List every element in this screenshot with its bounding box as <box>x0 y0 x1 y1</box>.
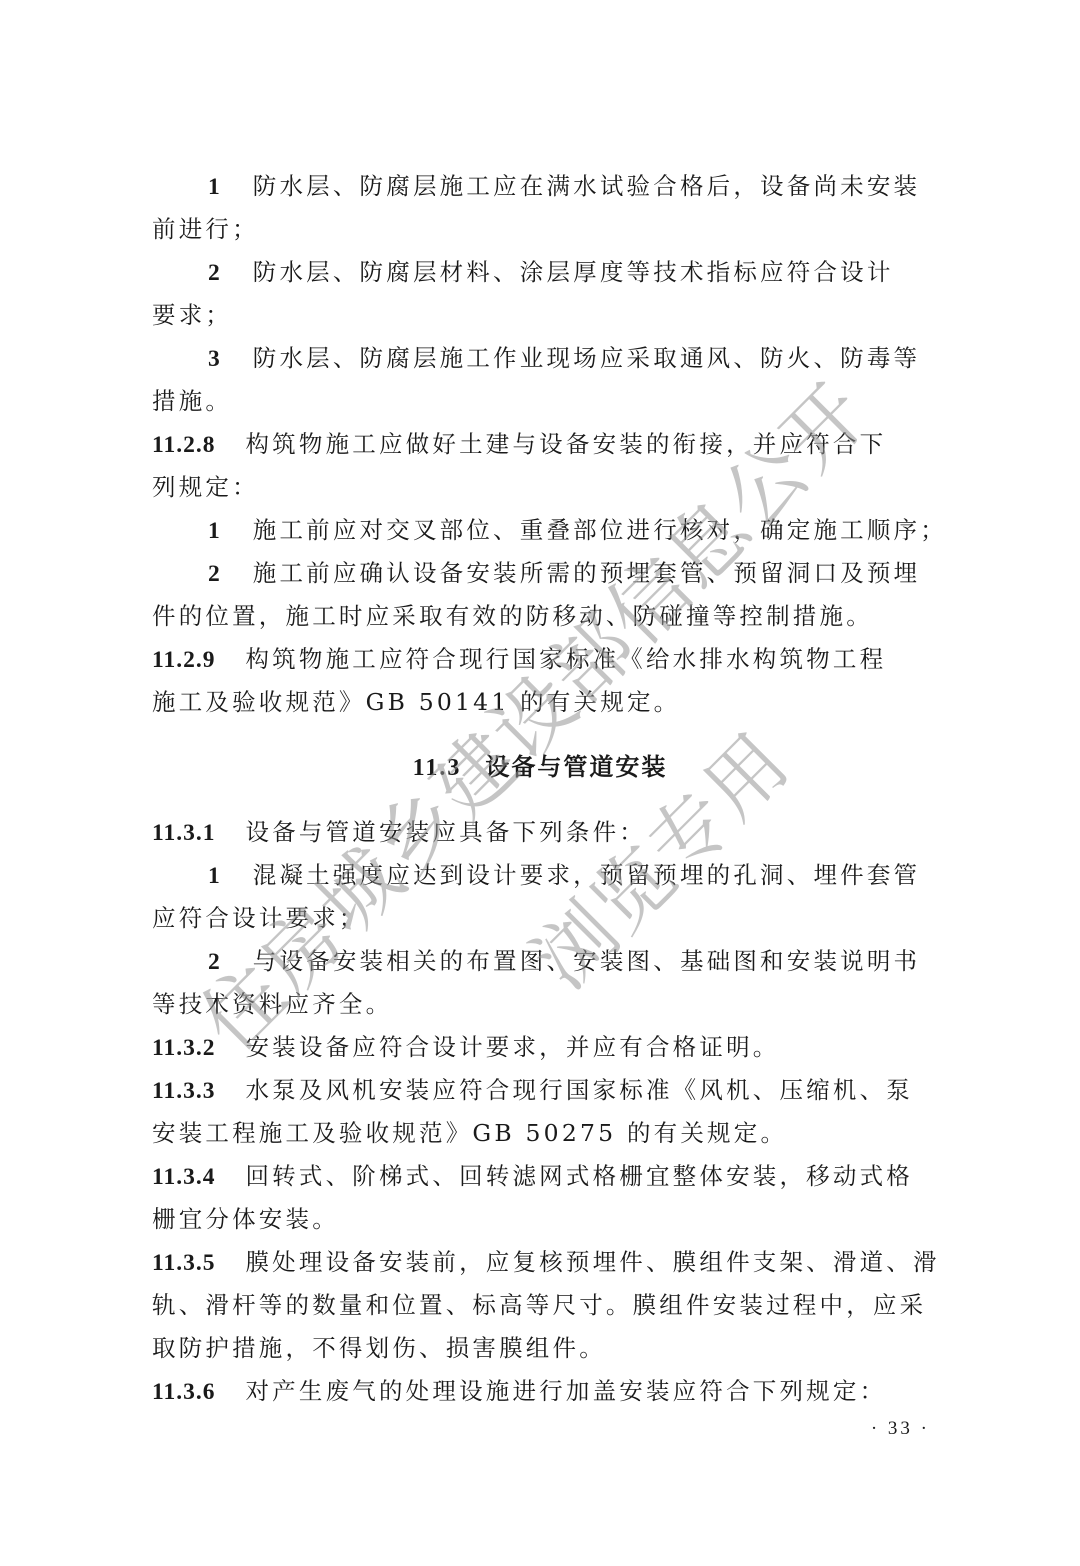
clause-text: 构筑物施工应做好土建与设备安装的衔接，并应符合下 <box>245 430 886 458</box>
clause-text: 膜处理设备安装前，应复核预埋件、膜组件支架、滑道、滑 <box>245 1248 939 1276</box>
clause-line: 栅宜分体安装。 <box>152 1204 947 1234</box>
clause-number: 11.2.9 <box>152 647 215 673</box>
list-item-line: 等技术资料应齐全。 <box>152 989 947 1019</box>
clause-number: 11.3.3 <box>152 1078 215 1104</box>
clause-11-3-5: 11.3.5膜处理设备安装前，应复核预埋件、膜组件支架、滑道、滑 <box>152 1247 947 1278</box>
item-text: 防水层、防腐层施工应在满水试验合格后，设备尚未安装 <box>253 172 921 200</box>
item-text: 施工前应对交叉部位、重叠部位进行核对，确定施工顺序； <box>253 516 947 544</box>
list-item-line: 2施工前应确认设备安装所需的预埋套管、预留洞口及预埋 <box>208 558 948 589</box>
clause-text: 安装工程施工及验收规范》GB 50275 的有关规定。 <box>152 1119 787 1147</box>
document-page: 1防水层、防腐层施工应在满水试验合格后，设备尚未安装 前进行； 2防水层、防腐层… <box>0 0 1080 1566</box>
list-item-line: 措施。 <box>152 386 947 416</box>
clause-number: 11.3.1 <box>152 820 215 846</box>
list-item-line: 2防水层、防腐层材料、涂层厚度等技术指标应符合设计 <box>208 257 948 288</box>
item-text: 与设备安装相关的布置图、安装图、基础图和安装说明书 <box>253 947 921 975</box>
clause-text: 构筑物施工应符合现行国家标准《给水排水构筑物工程 <box>245 645 886 673</box>
list-item-line: 件的位置，施工时应采取有效的防移动、防碰撞等控制措施。 <box>152 601 947 631</box>
item-text: 防水层、防腐层材料、涂层厚度等技术指标应符合设计 <box>253 258 894 286</box>
clause-11-3-4: 11.3.4回转式、阶梯式、回转滤网式格栅宜整体安装，移动式格 <box>152 1161 947 1192</box>
item-number: 3 <box>208 346 221 372</box>
item-number: 1 <box>208 863 221 889</box>
clause-number: 11.3.5 <box>152 1250 215 1276</box>
list-item-line: 要求； <box>152 300 947 330</box>
item-number: 1 <box>208 174 221 200</box>
section-heading: 11.3设备与管道安装 <box>0 752 1080 783</box>
clause-number: 11.2.8 <box>152 432 215 458</box>
clause-text: 取防护措施，不得划伤、损害膜组件。 <box>152 1334 606 1362</box>
item-text: 前进行； <box>152 215 259 243</box>
clause-11-2-8: 11.2.8构筑物施工应做好土建与设备安装的衔接，并应符合下 <box>152 429 947 460</box>
clause-line: 取防护措施，不得划伤、损害膜组件。 <box>152 1333 947 1363</box>
item-text: 施工前应确认设备安装所需的预埋套管、预留洞口及预埋 <box>253 559 921 587</box>
list-item-line: 前进行； <box>152 214 947 244</box>
item-text: 混凝土强度应达到设计要求，预留预埋的孔洞、埋件套管 <box>253 861 921 889</box>
clause-number: 11.3.2 <box>152 1035 215 1061</box>
clause-text: 列规定： <box>152 473 259 501</box>
item-number: 2 <box>208 561 221 587</box>
item-text: 等技术资料应齐全。 <box>152 990 392 1018</box>
list-item-line: 1防水层、防腐层施工应在满水试验合格后，设备尚未安装 <box>208 171 948 202</box>
clause-line: 施工及验收规范》GB 50141 的有关规定。 <box>152 687 947 717</box>
item-text: 防水层、防腐层施工作业现场应采取通风、防火、防毒等 <box>253 344 921 372</box>
list-item-line: 1施工前应对交叉部位、重叠部位进行核对，确定施工顺序； <box>208 515 948 546</box>
item-text: 措施。 <box>152 387 232 415</box>
list-item-line: 应符合设计要求； <box>152 903 947 933</box>
item-text: 件的位置，施工时应采取有效的防移动、防碰撞等控制措施。 <box>152 602 873 630</box>
clause-text: 轨、滑杆等的数量和位置、标高等尺寸。膜组件安装过程中，应采 <box>152 1291 926 1319</box>
clause-line: 安装工程施工及验收规范》GB 50275 的有关规定。 <box>152 1118 947 1148</box>
clause-number: 11.3.6 <box>152 1379 215 1405</box>
clause-text: 安装设备应符合设计要求，并应有合格证明。 <box>245 1033 779 1061</box>
clause-text: 回转式、阶梯式、回转滤网式格栅宜整体安装，移动式格 <box>245 1162 913 1190</box>
list-item-line: 3防水层、防腐层施工作业现场应采取通风、防火、防毒等 <box>208 343 948 374</box>
clause-text: 栅宜分体安装。 <box>152 1205 339 1233</box>
item-number: 2 <box>208 949 221 975</box>
clause-11-3-2: 11.3.2安装设备应符合设计要求，并应有合格证明。 <box>152 1032 947 1063</box>
item-number: 1 <box>208 518 221 544</box>
clause-line: 轨、滑杆等的数量和位置、标高等尺寸。膜组件安装过程中，应采 <box>152 1290 947 1320</box>
clause-line: 列规定： <box>152 472 947 502</box>
clause-11-3-3: 11.3.3水泵及风机安装应符合现行国家标准《风机、压缩机、泵 <box>152 1075 947 1106</box>
clause-number: 11.3.4 <box>152 1164 215 1190</box>
item-text: 要求； <box>152 301 232 329</box>
list-item-line: 2与设备安装相关的布置图、安装图、基础图和安装说明书 <box>208 946 948 977</box>
list-item-line: 1混凝土强度应达到设计要求，预留预埋的孔洞、埋件套管 <box>208 860 948 891</box>
clause-text: 设备与管道安装应具备下列条件： <box>245 818 646 846</box>
section-number: 11.3 <box>413 755 462 781</box>
clause-text: 对产生废气的处理设施进行加盖安装应符合下列规定： <box>245 1377 886 1405</box>
page-number: · 33 · <box>871 1418 930 1440</box>
clause-11-3-1: 11.3.1设备与管道安装应具备下列条件： <box>152 817 947 848</box>
section-title: 设备与管道安装 <box>485 753 667 781</box>
clause-text: 施工及验收规范》GB 50141 的有关规定。 <box>152 688 680 716</box>
clause-11-3-6: 11.3.6对产生废气的处理设施进行加盖安装应符合下列规定： <box>152 1376 947 1407</box>
clause-11-2-9: 11.2.9构筑物施工应符合现行国家标准《给水排水构筑物工程 <box>152 644 947 675</box>
clause-text: 水泵及风机安装应符合现行国家标准《风机、压缩机、泵 <box>245 1076 913 1104</box>
item-text: 应符合设计要求； <box>152 904 366 932</box>
item-number: 2 <box>208 260 221 286</box>
